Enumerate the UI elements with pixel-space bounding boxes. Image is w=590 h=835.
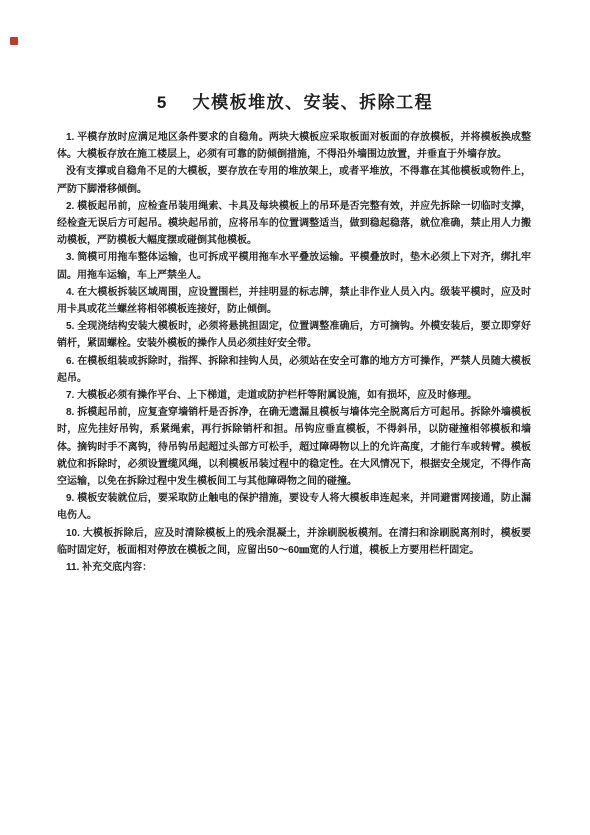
paragraph-5: 5. 全现浇结构安装大模板时，必须将悬挑担固定，位置调整准确后，方可摘钩。外模安…: [57, 318, 531, 352]
document-page: 5 大模板堆放、安装、拆除工程 1. 平模存放时应满足地区条件要求的自稳角。两块…: [0, 0, 590, 835]
page-title: 5 大模板堆放、安装、拆除工程: [0, 88, 590, 113]
document-body: 1. 平模存放时应满足地区条件要求的自稳角。两块大模板应采取板面对板面的存放模板…: [57, 129, 531, 576]
paragraph-1: 1. 平模存放时应满足地区条件要求的自稳角。两块大模板应采取板面对板面的存放模板…: [57, 129, 531, 163]
paragraph-3: 3. 筒模可用拖车整体运输，也可拆成平模用拖车水平叠放运输。平模叠放时，垫木必须…: [57, 249, 531, 283]
paragraph-6: 6. 在模板组装或拆除时，指挥、拆除和挂钩人员，必须站在安全可靠的地方方可操作，…: [57, 353, 531, 387]
paragraph-4: 4. 在大模板拆装区域周围，应设置围栏，并挂明显的标志牌，禁止非作业人员入内。级…: [57, 284, 531, 318]
red-marker-icon: [10, 37, 18, 45]
paragraph-1b: 没有支撑或自稳角不足的大模板，要存放在专用的堆放架上，或者平堆放，不得靠在其他模…: [57, 163, 531, 197]
paragraph-10: 10. 大模板拆除后，应及时清除模板上的残余混凝土，并涂刷脱板模剂。在清扫和涂刷…: [57, 525, 531, 559]
paragraph-7: 7. 大模板必须有操作平台、上下梯道，走道或防护栏杆等附属设施，如有损坏，应及时…: [57, 387, 531, 404]
paragraph-2: 2. 模板起吊前，应检查吊装用绳索、卡具及每块模板上的吊环是否完整有效，并应先拆…: [57, 198, 531, 250]
paragraph-11: 11. 补充交底内容：: [57, 559, 531, 576]
paragraph-9: 9. 模板安装就位后，要采取防止触电的保护措施，要设专人将大模板串连起来，并同避…: [57, 490, 531, 524]
paragraph-8: 8. 拆模起吊前，应复查穿墙销杆是否拆净，在确无遗漏且模板与墙体完全脱离后方可起…: [57, 404, 531, 490]
